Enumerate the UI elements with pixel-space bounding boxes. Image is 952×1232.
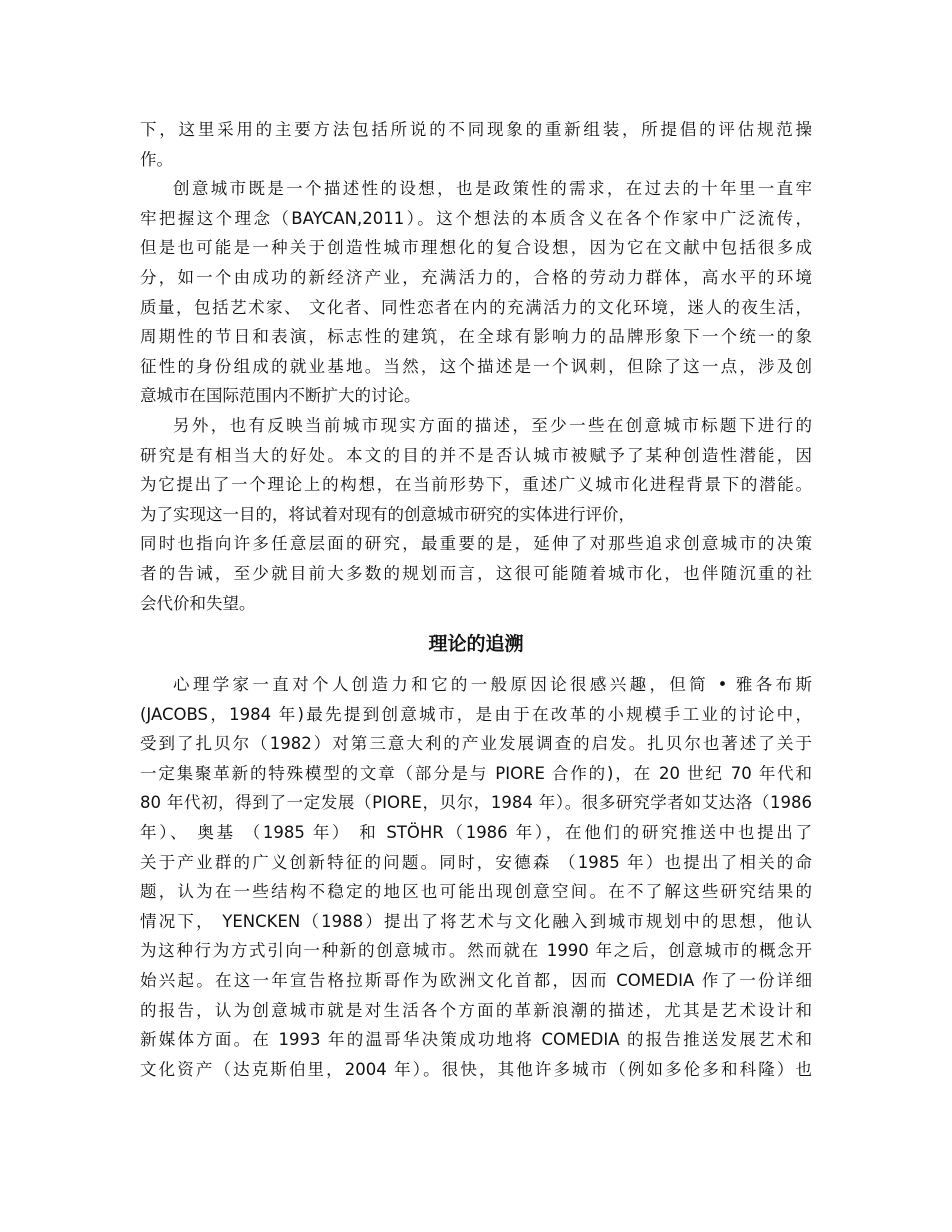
text-line: 为了实现这一目的，将试着对现有的创意城市研究的实体进行评价， xyxy=(140,500,812,530)
text-line: 意城市在国际范围内不断扩大的讨论。 xyxy=(140,381,812,411)
paragraph-theory-origins: 心理学家一直对个人创造力和它的一般原因论很感兴趣，但简 • 雅各布斯 (JACO… xyxy=(140,670,812,1084)
paragraph-continuation: 下，这里采用的主要方法包括所说的不同现象的重新组装，所提倡的评估规范操 作。 xyxy=(140,115,812,174)
text-line: 年）、 奥基 （1985 年） 和 STÖHR（1986 年），在他们的研究推送… xyxy=(140,818,812,848)
text-line: 始兴起。在这一年宣告格拉斯哥作为欧洲文化首都，因而 COMEDIA 作了一份详细 xyxy=(140,966,812,996)
text-line: 心理学家一直对个人创造力和它的一般原因论很感兴趣，但简 • 雅各布斯 xyxy=(140,670,812,700)
text-line: 下，这里采用的主要方法包括所说的不同现象的重新组装，所提倡的评估规范操 xyxy=(140,115,812,145)
text-line: 作。 xyxy=(140,145,812,175)
text-line: 周期性的节日和表演，标志性的建筑，在全球有影响力的品牌形象下一个统一的象 xyxy=(140,322,812,352)
text-line: 另外，也有反映当前城市现实方面的描述，至少一些在创意城市标题下进行的 xyxy=(140,411,812,441)
text-line: 分，如一个由成功的新经济产业，充满活力的，合格的劳动力群体，高水平的环境 xyxy=(140,263,812,293)
text-line: 质量，包括艺术家、 文化者、同性恋者在内的充满活力的文化环境，迷人的夜生活， xyxy=(140,293,812,323)
paragraph-purpose: 另外，也有反映当前城市现实方面的描述，至少一些在创意城市标题下进行的 研究是有相… xyxy=(140,411,812,618)
text-line: 为这种行为方式引向一种新的创意城市。然而就在 1990 年之后，创意城市的概念开 xyxy=(140,936,812,966)
text-line: 牢把握这个理念（BAYCAN,2011）。这个想法的本质含义在各个作家中广泛流传… xyxy=(140,204,812,234)
text-line: 的报告，认为创意城市就是对生活各个方面的革新浪潮的描述，尤其是艺术设计和 xyxy=(140,996,812,1026)
document-page: 下，这里采用的主要方法包括所说的不同现象的重新组装，所提倡的评估规范操 作。 创… xyxy=(140,115,812,1084)
text-line: 同时也指向许多任意层面的研究，最重要的是，延伸了对那些追求创意城市的决策 xyxy=(140,529,812,559)
text-line: 情况下， YENCKEN（1988）提出了将艺术与文化融入到城市规划中的思想，他… xyxy=(140,907,812,937)
text-line: 研究是有相当大的好处。本文的目的并不是否认城市被赋予了某种创造性潜能，因 xyxy=(140,441,812,471)
text-line: 会代价和失望。 xyxy=(140,589,812,619)
section-heading: 理论的追溯 xyxy=(140,622,812,666)
text-line: 一定集聚革新的特殊模型的文章（部分是与 PIORE 合作的)，在 20 世纪 7… xyxy=(140,759,812,789)
text-line: 者的告诫，至少就目前大多数的规划而言，这很可能随着城市化，也伴随沉重的社 xyxy=(140,559,812,589)
text-line: 关于产业群的广义创新特征的问题。同时，安德森 （1985 年）也提出了相关的命 xyxy=(140,848,812,878)
text-line: 题，认为在一些结构不稳定的地区也可能出现创意空间。在不了解这些研究结果的 xyxy=(140,877,812,907)
text-line: 受到了扎贝尔（1982）对第三意大利的产业发展调查的启发。扎贝尔也著述了关于 xyxy=(140,729,812,759)
text-line: (JACOBS，1984 年)最先提到创意城市，是由于在改革的小规模手工业的讨论… xyxy=(140,700,812,730)
text-line: 新媒体方面。在 1993 年的温哥华决策成功地将 COMEDIA 的报告推送发展… xyxy=(140,1025,812,1055)
text-line: 80 年代初，得到了一定发展（PIORE，贝尔，1984 年）。很多研究学者如艾… xyxy=(140,788,812,818)
text-line: 但是也可能是一种关于创造性城市理想化的复合设想，因为它在文献中包括很多成 xyxy=(140,233,812,263)
text-line: 为它提出了一个理论上的构想，在当前形势下，重述广义城市化进程背景下的潜能。 xyxy=(140,470,812,500)
text-line: 征性的身份组成的就业基地。当然，这个描述是一个讽刺，但除了这一点，涉及创 xyxy=(140,352,812,382)
text-line: 文化资产（达克斯伯里，2004 年）。很快，其他许多城市（例如多伦多和科隆）也 xyxy=(140,1055,812,1085)
paragraph-creative-city-definition: 创意城市既是一个描述性的设想，也是政策性的需求，在过去的十年里一直牢 牢把握这个… xyxy=(140,174,812,411)
text-line: 创意城市既是一个描述性的设想，也是政策性的需求，在过去的十年里一直牢 xyxy=(140,174,812,204)
